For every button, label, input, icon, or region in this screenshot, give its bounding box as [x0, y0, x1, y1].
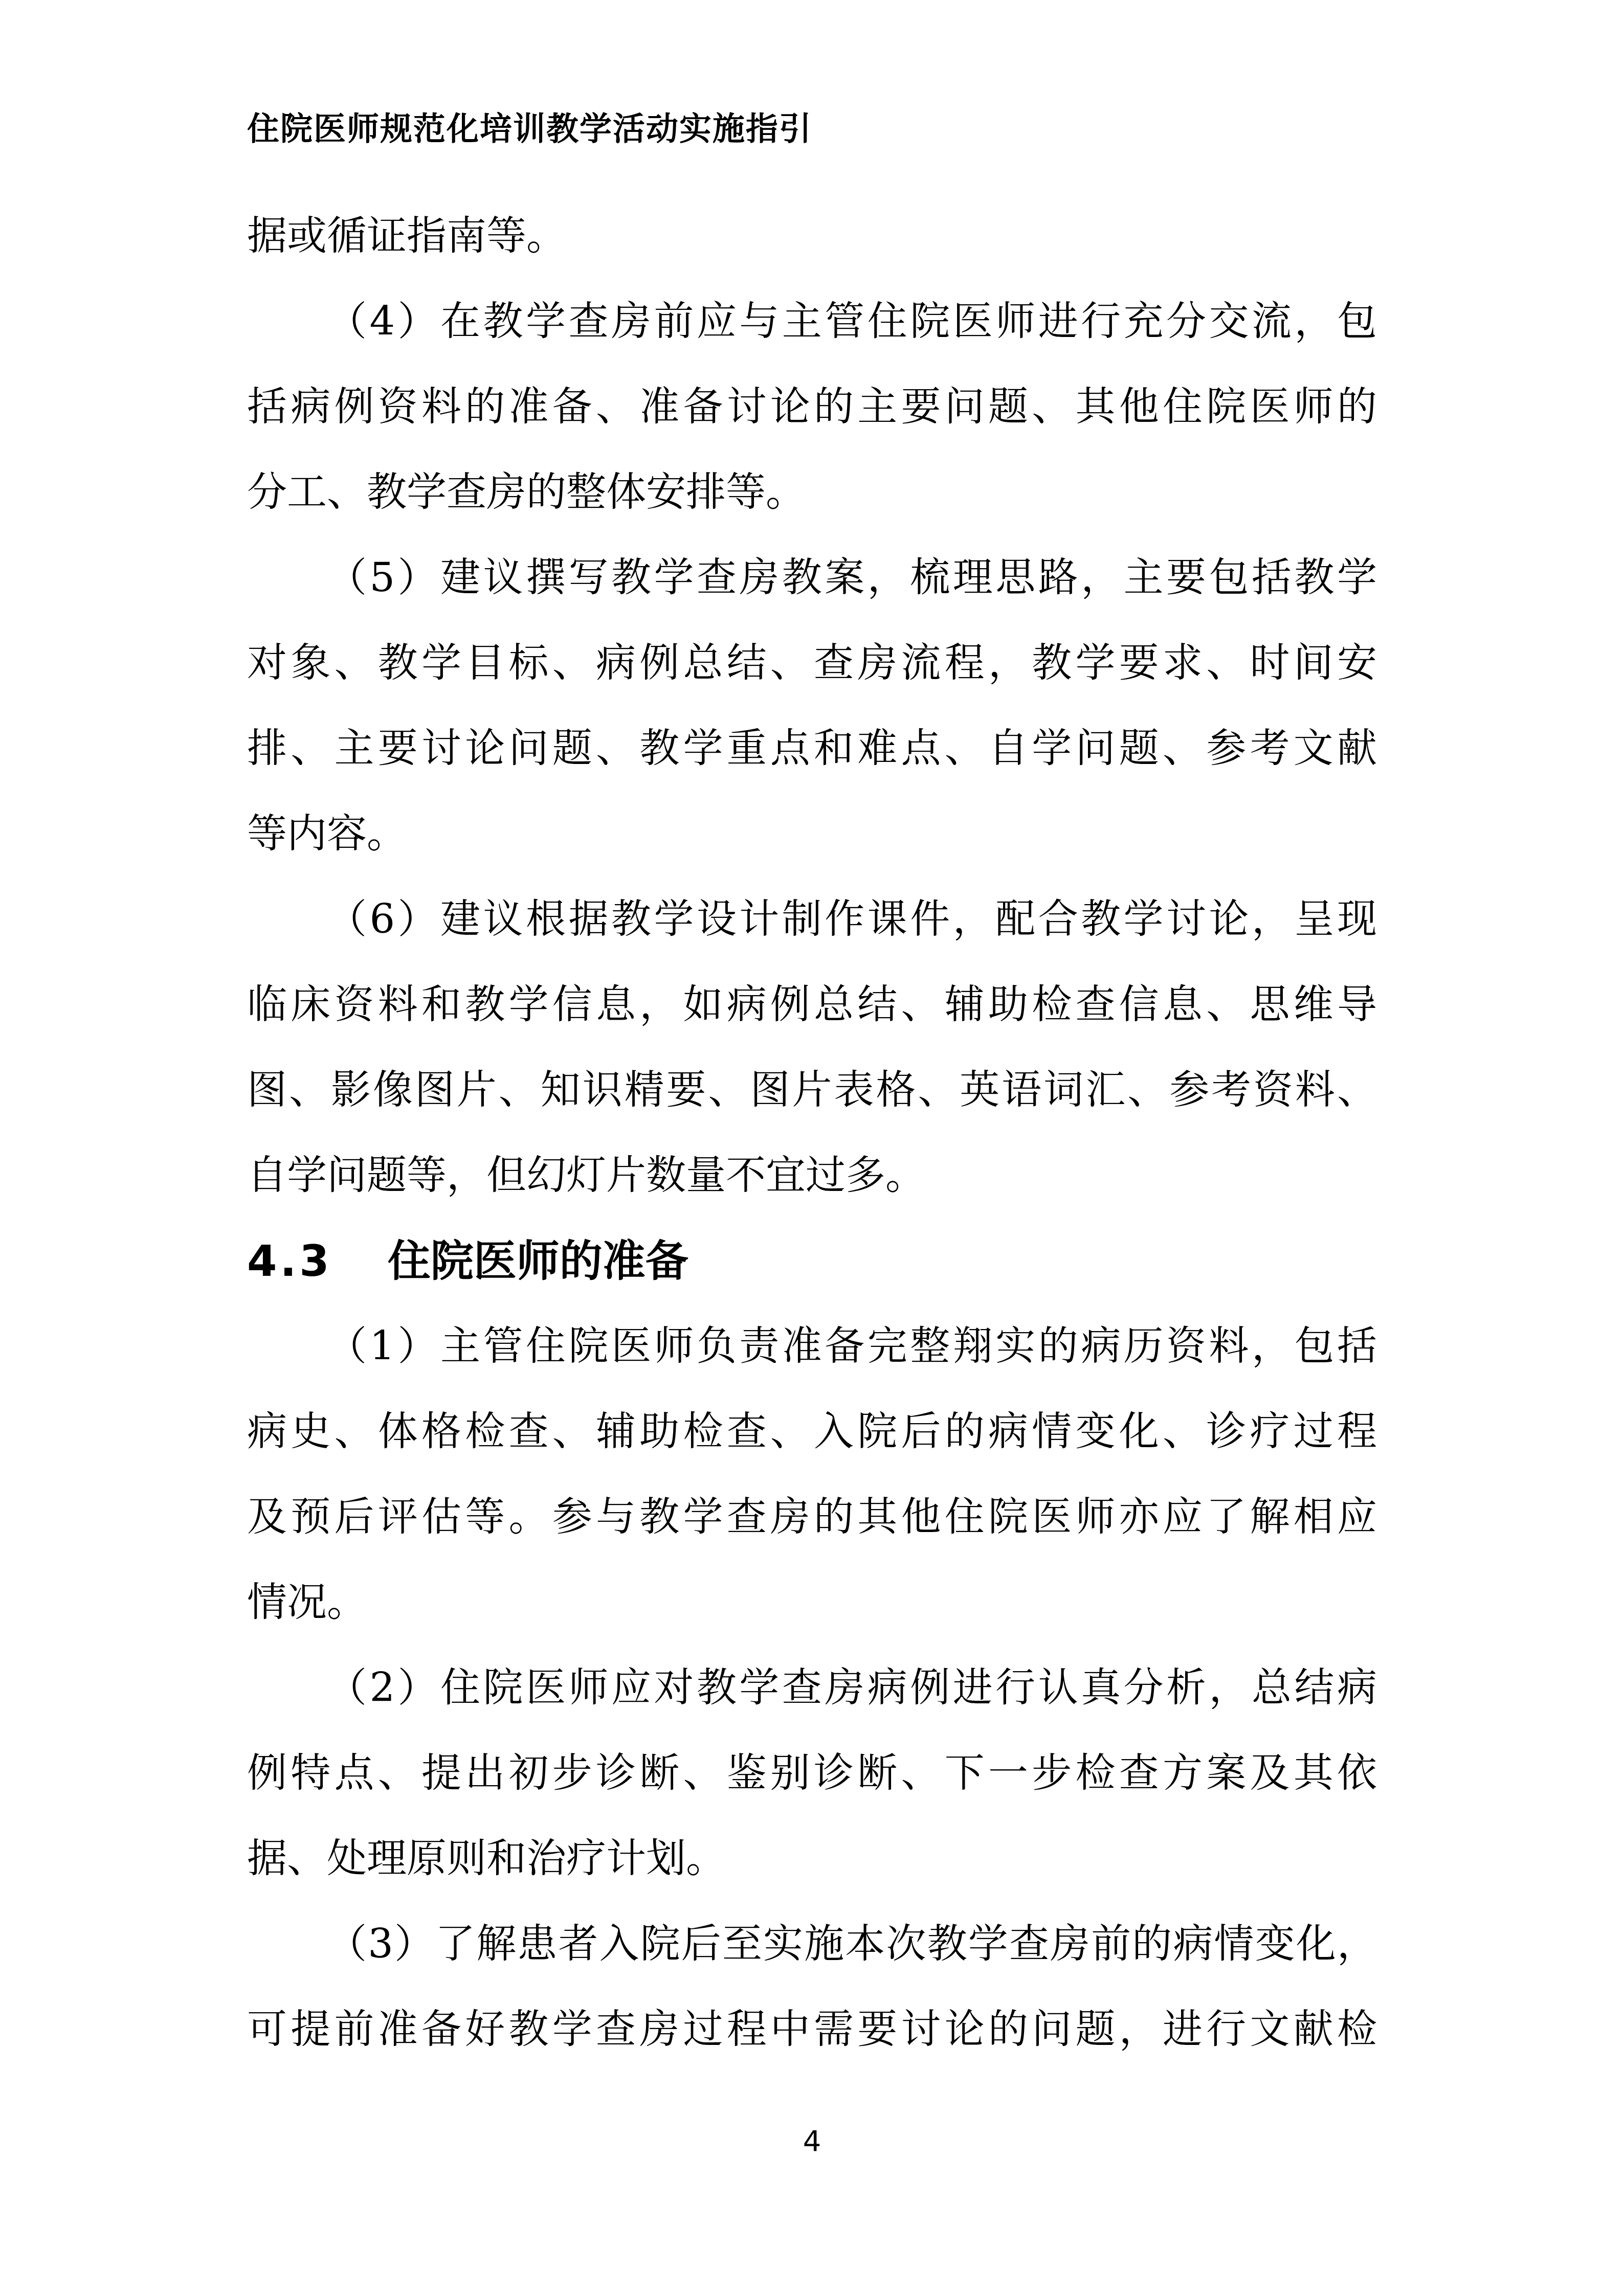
text-line: 图、影像图片、知识精要、图片表格、英语词汇、参考资料、	[247, 1048, 1377, 1133]
text-line: 据、处理原则和治疗计划。	[247, 1816, 1377, 1902]
text-line: （6）建议根据教学设计制作课件，配合教学讨论，呈现	[247, 877, 1377, 962]
page-footer: 4	[0, 2121, 1624, 2162]
text-line: （2）住院医师应对教学查房病例进行认真分析，总结病	[247, 1646, 1377, 1731]
text-line: （4）在教学查房前应与主管住院医师进行充分交流，包	[247, 279, 1377, 365]
text-line: 对象、教学目标、病例总结、查房流程，教学要求、时间安	[247, 621, 1377, 706]
text-line: （3）了解患者入院后至实施本次教学查房前的病情变化，	[247, 1902, 1377, 1987]
text-line: 可提前准备好教学查房过程中需要讨论的问题，进行文献检	[247, 1987, 1377, 2073]
text-line: （5）建议撰写教学查房教案，梳理思路，主要包括教学	[247, 535, 1377, 621]
text-line: 情况。	[247, 1560, 1377, 1646]
text-line: 及预后评估等。参与教学查房的其他住院医师亦应了解相应	[247, 1475, 1377, 1560]
page-header: 住院医师规范化培训教学活动实施指引	[247, 108, 1377, 149]
text-line: 据或循证指南等。	[247, 194, 1377, 279]
section-heading: 4.3住院医师的准备	[247, 1219, 1377, 1304]
text-line: 例特点、提出初步诊断、鉴别诊断、下一步检查方案及其依	[247, 1731, 1377, 1816]
text-line: 等内容。	[247, 792, 1377, 877]
text-line: 分工、教学查房的整体安排等。	[247, 450, 1377, 535]
document-page: 住院医师规范化培训教学活动实施指引 据或循证指南等。（4）在教学查房前应与主管住…	[0, 0, 1624, 2296]
page-header-title: 住院医师规范化培训教学活动实施指引	[247, 110, 812, 147]
section-title: 住院医师的准备	[388, 1236, 688, 1286]
text-line: （1）主管住院医师负责准备完整翔实的病历资料，包括	[247, 1304, 1377, 1389]
document-body: 据或循证指南等。（4）在教学查房前应与主管住院医师进行充分交流，包括病例资料的准…	[247, 194, 1377, 2073]
text-line: 病史、体格检查、辅助检查、入院后的病情变化、诊疗过程	[247, 1389, 1377, 1475]
page-number: 4	[803, 2125, 821, 2158]
text-line: 临床资料和教学信息，如病例总结、辅助检查信息、思维导	[247, 962, 1377, 1048]
section-number: 4.3	[247, 1236, 332, 1286]
text-line: 括病例资料的准备、准备讨论的主要问题、其他住院医师的	[247, 365, 1377, 450]
text-line: 排、主要讨论问题、教学重点和难点、自学问题、参考文献	[247, 706, 1377, 792]
text-line: 自学问题等，但幻灯片数量不宜过多。	[247, 1133, 1377, 1219]
